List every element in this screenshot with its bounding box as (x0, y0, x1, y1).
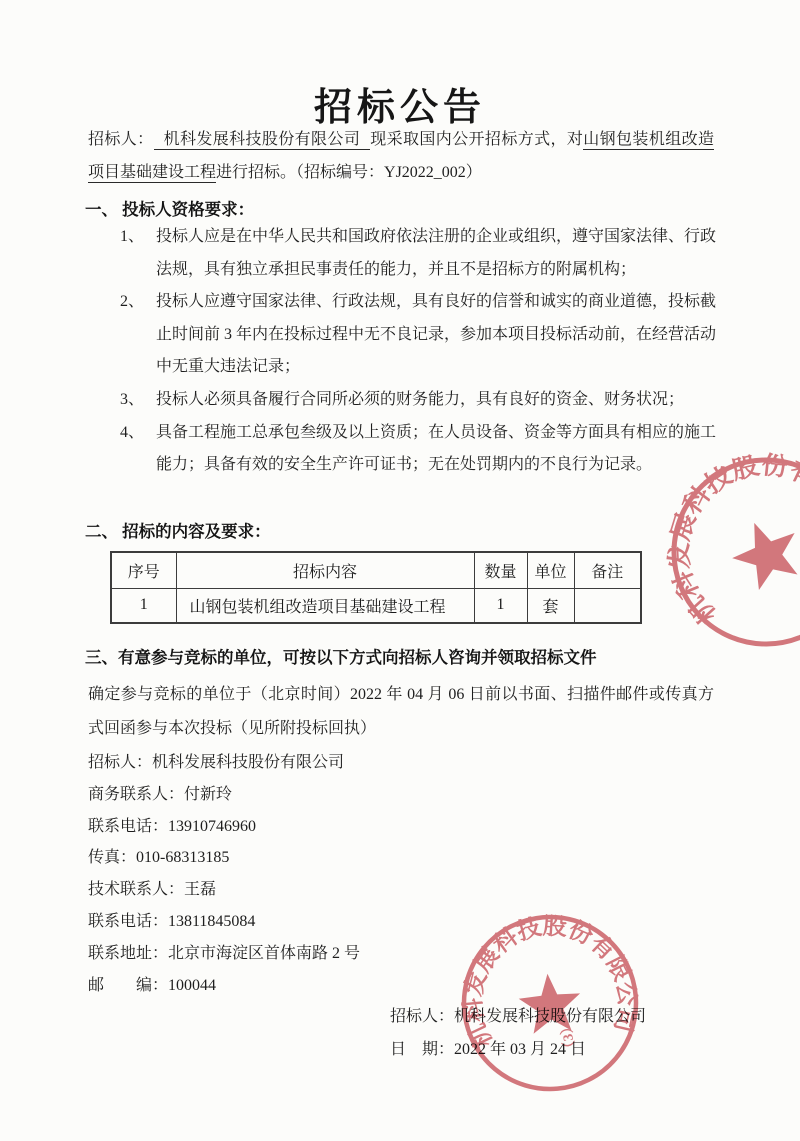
item-text: 投标人应是在中华人民共和国政府依法注册的企业或组织，遵守国家法律、行政法规，具有… (156, 221, 716, 286)
item-number: 3、 (120, 384, 156, 417)
header-cell-unit: 单位 (527, 552, 574, 588)
header-cell-content: 招标内容 (176, 552, 474, 588)
section-3-heading: 三、有意参与竞标的单位，可按以下方式向招标人咨询并领取招标文件 (85, 641, 597, 674)
qualification-item: 2、 投标人应遵守国家法律、行政法规，具有良好的信誉和诚实的商业道德，投标截止时… (120, 286, 716, 384)
star-icon (723, 510, 800, 595)
intro-paragraph: 招标人：机科发展科技股份有限公司现采取国内公开招标方式，对山钢包装机组改造项目基… (88, 124, 714, 189)
item-number: 1、 (120, 221, 156, 286)
page-title: 招标公告 (0, 76, 800, 131)
company-seal-bottom: 机科发展科技股份有限公司 （3） (447, 900, 653, 1106)
cell-seq: 1 (111, 588, 176, 623)
cell-remark (574, 588, 641, 623)
header-cell-seq: 序号 (111, 552, 176, 588)
qualification-items: 1、 投标人应是在中华人民共和国政府依法注册的企业或组织，遵守国家法律、行政法规… (120, 221, 716, 482)
qualification-item: 3、 投标人必须具备履行合同所必须的财务能力，具有良好的资金、财务状况； (120, 384, 716, 417)
intro-suffix: 进行招标。（招标编号：YJ2022_002） (216, 164, 482, 181)
section-3-paragraph: 确定参与竞标的单位于（北京时间）2022 年 04 月 06 日前以书面、扫描件… (88, 678, 714, 745)
contact-line-biz-contact: 商务联系人：付新玲 (88, 779, 588, 811)
tenderer-name-underlined: 机科发展科技股份有限公司 (154, 131, 371, 150)
item-number: 4、 (120, 417, 156, 482)
header-cell-qty: 数量 (474, 552, 527, 588)
cell-content: 山钢包装机组改造项目基础建设工程 (176, 588, 474, 623)
contact-line-biz-phone: 联系电话：13910746960 (88, 811, 588, 843)
item-text: 投标人必须具备履行合同所必须的财务能力，具有良好的资金、财务状况； (156, 384, 716, 417)
qualification-item: 1、 投标人应是在中华人民共和国政府依法注册的企业或组织，遵守国家法律、行政法规… (120, 221, 716, 286)
intro-prefix: 招标人： (88, 131, 154, 148)
contact-line-tech-contact: 技术联系人：王磊 (88, 874, 588, 906)
header-cell-remark: 备注 (574, 552, 641, 588)
table-header-row: 序号 招标内容 数量 单位 备注 (111, 552, 641, 588)
item-text: 具备工程施工总承包叁级及以上资质；在人员设备、资金等方面具有相应的施工能力；具备… (156, 417, 716, 482)
contact-line-fax: 传真：010-68313185 (88, 842, 588, 874)
table-row: 1 山钢包装机组改造项目基础建设工程 1 套 (111, 588, 641, 623)
tender-announcement-page: 招标公告 招标人：机科发展科技股份有限公司现采取国内公开招标方式，对山钢包装机组… (0, 0, 800, 1141)
section-2-heading: 二、 招标的内容及要求： (85, 515, 271, 548)
item-number: 2、 (120, 286, 156, 384)
cell-unit: 套 (527, 588, 574, 623)
contact-line-tenderer: 招标人：机科发展科技股份有限公司 (88, 747, 588, 779)
intro-middle: 现采取国内公开招标方式，对 (370, 131, 583, 148)
tender-content-table: 序号 招标内容 数量 单位 备注 1 山钢包装机组改造项目基础建设工程 1 套 (110, 551, 642, 624)
cell-qty: 1 (474, 588, 527, 623)
qualification-item: 4、 具备工程施工总承包叁级及以上资质；在人员设备、资金等方面具有相应的施工能力… (120, 417, 716, 482)
seal-number-mark: （3） (558, 1019, 580, 1056)
item-text: 投标人应遵守国家法律、行政法规，具有良好的信誉和诚实的商业道德，投标截止时间前 … (156, 286, 716, 384)
